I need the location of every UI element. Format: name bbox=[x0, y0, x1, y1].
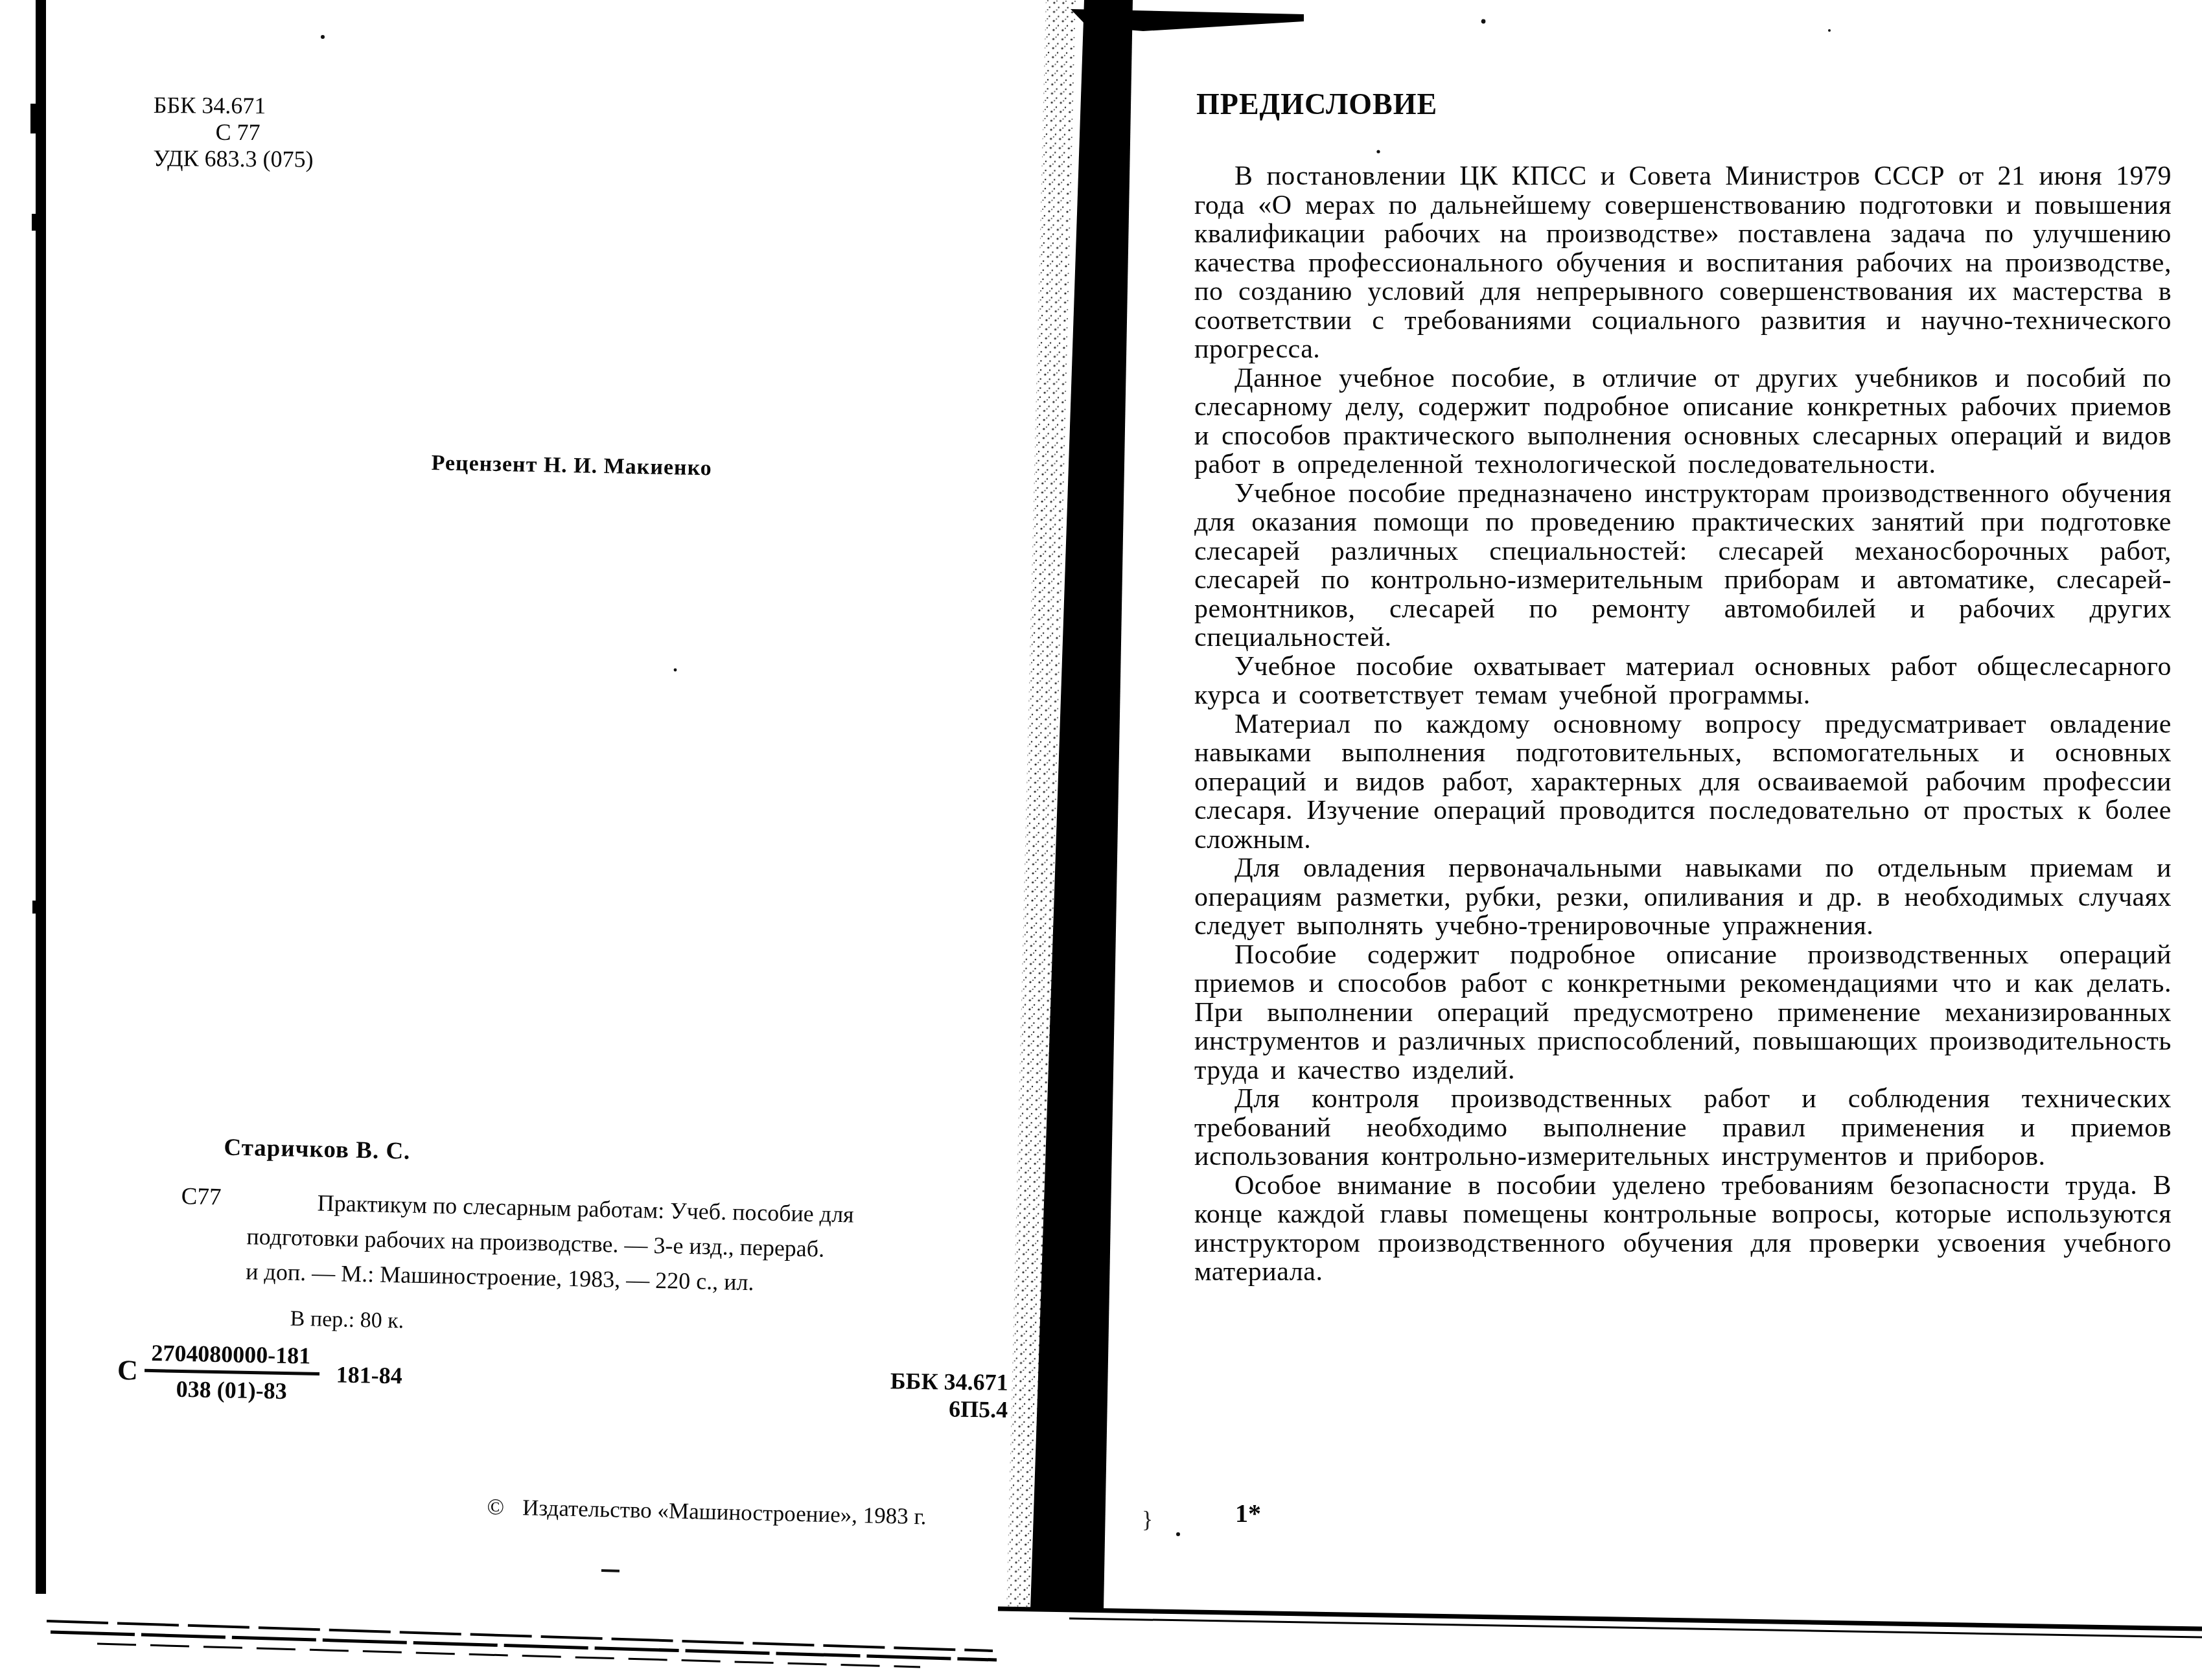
classification-line: ББК 34.671 bbox=[154, 92, 314, 120]
copyright-text: Издательство «Машиностроение», 1983 г. bbox=[522, 1495, 927, 1529]
preface-paragraph: Особое внимание в пособии уделено требов… bbox=[1194, 1171, 2172, 1287]
page-title: ПРЕДИСЛОВИЕ bbox=[1196, 87, 1437, 121]
left-page: ББК 34.671С 77УДК 683.3 (075) Рецензент … bbox=[0, 0, 1089, 1680]
copyright-line: ©Издательство «Машиностроение», 1983 г. bbox=[487, 1494, 927, 1530]
classification-block: ББК 34.671С 77УДК 683.3 (075) bbox=[153, 92, 314, 173]
bibliographic-card: Старичков В. С. С77 Практикум по слесарн… bbox=[178, 1133, 947, 1346]
author-name: Старичков В. С. bbox=[224, 1133, 947, 1177]
catalog-denominator: 038 (01)-83 bbox=[144, 1372, 319, 1405]
right-page: ПРЕДИСЛОВИЕ В постановлении ЦК КПСС и Со… bbox=[1153, 0, 2202, 1680]
bbk-index-line: 6П5.4 bbox=[878, 1394, 1008, 1423]
copyright-icon: © bbox=[487, 1494, 504, 1520]
catalog-letter: С bbox=[117, 1353, 139, 1387]
preface-paragraph: Материал по каждому основному вопросу пр… bbox=[1194, 710, 2172, 855]
preface-paragraph: Учебное пособие предназначено инструктор… bbox=[1194, 479, 2172, 652]
preface-paragraph: Для контроля производственных работ и со… bbox=[1194, 1085, 2172, 1171]
bbk-index-block: ББК 34.6716П5.4 bbox=[878, 1367, 1008, 1423]
catalog-suffix: 181-84 bbox=[336, 1361, 402, 1389]
reviewer-line: Рецензент Н. И. Макиенко bbox=[431, 451, 712, 481]
catalog-numerator: 2704080000-181 bbox=[145, 1339, 320, 1375]
scanned-book-spread: { "colors": { "ink": "#0a0a0a", "paper":… bbox=[0, 0, 2202, 1680]
catalog-entry: С77 Практикум по слесарным работам: Учеб… bbox=[180, 1182, 946, 1304]
preface-paragraph: В постановлении ЦК КПСС и Совета Министр… bbox=[1194, 162, 2172, 364]
classification-line: УДК 683.3 (075) bbox=[153, 145, 314, 173]
preface-paragraph: Пособие содержит подробное описание прои… bbox=[1194, 941, 2172, 1085]
classification-line: С 77 bbox=[215, 119, 314, 146]
preface-paragraph: Для овладения первоначальными навыками п… bbox=[1194, 854, 2172, 941]
catalog-fraction: 2704080000-181 038 (01)-83 bbox=[144, 1339, 320, 1405]
preface-paragraph: Учебное пособие охватывает материал осно… bbox=[1194, 652, 2172, 710]
catalog-index-formula: С 2704080000-181 038 (01)-83 181-84 bbox=[117, 1339, 403, 1407]
signature-mark: 1* bbox=[1235, 1498, 1261, 1528]
catalog-code: С77 bbox=[180, 1182, 248, 1289]
stray-brace-mark: } bbox=[1142, 1506, 1153, 1533]
bbk-index-line: ББК 34.671 bbox=[878, 1367, 1008, 1396]
preface-paragraph: Данное учебное пособие, в отличие от дру… bbox=[1194, 364, 2172, 479]
book-annotation: Практикум по слесарным работам: Учеб. по… bbox=[246, 1184, 925, 1304]
preface-body: В постановлении ЦК КПСС и Совета Министр… bbox=[1194, 162, 2172, 1287]
price-line: В пер.: 80 к. bbox=[290, 1307, 944, 1346]
